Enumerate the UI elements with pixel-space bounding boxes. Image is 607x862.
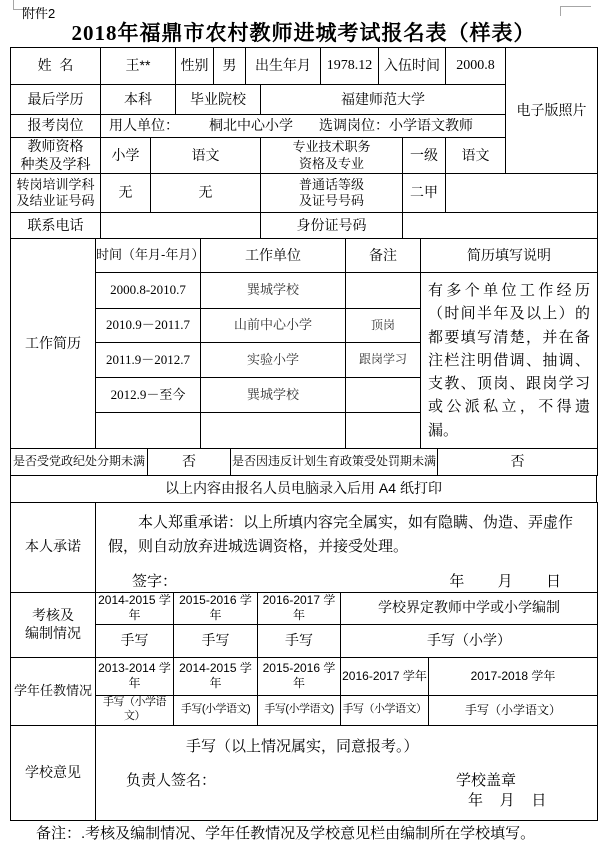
commitment-table: 本人承诺 本人郑重承诺：以上所填内容完全属实，如有隐瞒、伪造、弄虚作假，则自动放… bbox=[10, 502, 598, 593]
name-value: 王** bbox=[101, 48, 176, 85]
teaching-value: 手写（小学语文） bbox=[429, 695, 598, 725]
assessment-value: 手写（小学） bbox=[341, 624, 598, 657]
unit-value: 山前中心小学 bbox=[201, 308, 346, 342]
assessment-value: 手写 bbox=[174, 624, 258, 657]
form-page: 附件2 2018年福鼎市农村教师进城考试报名表（样表） 姓 名 王** 性别 男… bbox=[0, 0, 607, 862]
footnote: 备注：.考核及编制情况、学年任教情况及学校意见栏由编制所在学校填写。 bbox=[36, 822, 535, 843]
opinion-date-label: 年 月 日 bbox=[468, 792, 546, 811]
discipline-answer-2: 否 bbox=[438, 448, 598, 475]
principal-signature-label: 负责人签名： bbox=[126, 772, 216, 791]
period-value: 2012.9－至今 bbox=[96, 377, 201, 412]
teaching-table: 学年任教情况 2013-2014 学年 2014-2015 学年 2015-20… bbox=[10, 657, 598, 726]
degree-value: 本科 bbox=[101, 85, 176, 115]
teaching-header: 2017-2018 学年 bbox=[429, 657, 598, 695]
teaching-value: 手写（小学语文） bbox=[96, 695, 174, 725]
assessment-value: 手写 bbox=[258, 624, 341, 657]
enlist-label: 入伍时间 bbox=[379, 48, 446, 85]
period-value: 2000.8-2010.7 bbox=[96, 273, 201, 309]
id-label: 身份证号码 bbox=[261, 213, 403, 239]
discipline-answer-1: 否 bbox=[148, 448, 231, 475]
basic-info-table: 姓 名 王** 性别 男 出生年月 1978.12 入伍时间 2000.8 电子… bbox=[10, 47, 598, 239]
photo-placeholder: 电子版照片 bbox=[506, 48, 598, 174]
unit-value: 巽城学校 bbox=[201, 377, 346, 412]
unit-value: 实验小学 bbox=[201, 342, 346, 377]
mandarin-label: 普通话等级 及证号号码 bbox=[261, 174, 403, 213]
assessment-table: 考核及 编制情况 2014-2015 学年 2015-2016 学年 2016-… bbox=[10, 592, 598, 658]
work-history-row: 2000.8-2010.7 巽城学校 有多个单位工作经历（时间半年及以上）的都要… bbox=[11, 273, 598, 309]
col-header-guide: 简历填写说明 bbox=[421, 239, 598, 273]
enlist-value: 2000.8 bbox=[446, 48, 506, 85]
school-stamp-label: 学校盖章 bbox=[456, 772, 516, 791]
note-value: 跟岗学习 bbox=[346, 342, 421, 377]
employer-label: 用人单位： bbox=[109, 117, 179, 135]
teaching-header: 2014-2015 学年 bbox=[174, 657, 258, 695]
gender-label: 性别 bbox=[176, 48, 214, 85]
teaching-header: 2016-2017 学年 bbox=[341, 657, 429, 695]
phone-label: 联系电话 bbox=[11, 213, 101, 239]
assessment-header: 学校界定教师中学或小学编制 bbox=[341, 592, 598, 624]
employer-value: 桐北中心小学 bbox=[209, 117, 293, 135]
retrain-value-2: 无 bbox=[151, 174, 261, 213]
crop-mark-top-right bbox=[560, 6, 591, 16]
teaching-value: 手写(小学语文) bbox=[258, 695, 341, 725]
note-value bbox=[346, 412, 421, 448]
school-opinion-table: 学校意见 手写（以上情况属实，同意报考。） 负责人签名： 学校盖章 年 月 日 bbox=[10, 725, 598, 821]
print-note: 以上内容由报名人员电脑录入后用 A4 纸打印 bbox=[11, 475, 597, 502]
registration-form-table: 姓 名 王** 性别 男 出生年月 1978.12 入伍时间 2000.8 电子… bbox=[10, 47, 597, 821]
unit-value bbox=[201, 412, 346, 448]
degree-label: 最后学历 bbox=[11, 85, 101, 115]
period-value: 2011.9－2012.7 bbox=[96, 342, 201, 377]
cert-type-value: 小学 bbox=[101, 138, 151, 174]
work-history-table: 工作简历 时间（年月-年月） 工作单位 备注 简历填写说明 2000.8-201… bbox=[10, 238, 598, 449]
period-value bbox=[96, 412, 201, 448]
mandarin-cert-empty bbox=[446, 174, 598, 213]
discipline-question-2: 是否因违反计划生育政策受处罚期未满 bbox=[231, 448, 438, 475]
position-label: 报考岗位 bbox=[11, 115, 101, 138]
signature-label: 签字： bbox=[132, 573, 177, 592]
mandarin-value: 二甲 bbox=[403, 174, 446, 213]
id-value-empty bbox=[403, 213, 598, 239]
commitment-text: 本人郑重承诺：以上所填内容完全属实，如有隐瞒、伪造、弄虚作假，则自动放弃进城选调… bbox=[96, 503, 597, 559]
school-opinion-cell: 手写（以上情况属实，同意报考。） 负责人签名： 学校盖章 年 月 日 bbox=[96, 725, 598, 820]
birth-value: 1978.12 bbox=[321, 48, 379, 85]
col-header-note: 备注 bbox=[346, 239, 421, 273]
teaching-value: 手写（小学语文） bbox=[341, 695, 429, 725]
commitment-label: 本人承诺 bbox=[11, 502, 96, 592]
discipline-table: 是否受党政纪处分期未满 否 是否因违反计划生育政策受处罚期未满 否 bbox=[10, 448, 598, 476]
tech-subject-value: 语文 bbox=[446, 138, 506, 174]
phone-value-empty bbox=[101, 213, 261, 239]
retrain-value-1: 无 bbox=[101, 174, 151, 213]
school-opinion-label: 学校意见 bbox=[11, 725, 96, 820]
assessment-header: 2015-2016 学年 bbox=[174, 592, 258, 624]
name-label: 姓 名 bbox=[11, 48, 101, 85]
transfer-label: 选调岗位： bbox=[319, 117, 389, 135]
transfer-value: 小学语文教师 bbox=[389, 117, 473, 135]
college-value: 福建师范大学 bbox=[261, 85, 506, 115]
page-title: 2018年福鼎市农村教师进城考试报名表（样表） bbox=[0, 17, 607, 47]
col-header-period: 时间（年月-年月） bbox=[96, 239, 201, 273]
period-value: 2010.9－2011.7 bbox=[96, 308, 201, 342]
college-label: 毕业院校 bbox=[176, 85, 261, 115]
discipline-question-1: 是否受党政纪处分期未满 bbox=[11, 448, 148, 475]
tech-level-value: 一级 bbox=[403, 138, 446, 174]
teaching-label: 学年任教情况 bbox=[11, 657, 96, 725]
position-cell: 用人单位： 桐北中心小学 选调岗位： 小学语文教师 bbox=[101, 115, 506, 138]
teacher-cert-label: 教师资格 种类及学科 bbox=[11, 138, 101, 174]
retrain-label: 转岗培训学科 及结业证号码 bbox=[11, 174, 101, 213]
assessment-header: 2014-2015 学年 bbox=[96, 592, 174, 624]
gender-value: 男 bbox=[214, 48, 246, 85]
assessment-value: 手写 bbox=[96, 624, 174, 657]
note-value bbox=[346, 377, 421, 412]
teaching-header: 2013-2014 学年 bbox=[96, 657, 174, 695]
teaching-value: 手写(小学语文) bbox=[174, 695, 258, 725]
note-value bbox=[346, 273, 421, 309]
print-note-table: 以上内容由报名人员电脑录入后用 A4 纸打印 bbox=[10, 475, 597, 503]
date-label: 年 月 日 bbox=[449, 573, 561, 592]
note-value: 顶岗 bbox=[346, 308, 421, 342]
teaching-header: 2015-2016 学年 bbox=[258, 657, 341, 695]
birth-label: 出生年月 bbox=[246, 48, 321, 85]
assessment-header: 2016-2017 学年 bbox=[258, 592, 341, 624]
guide-text: 有多个单位工作经历（时间半年及以上）的都要填写清楚，并在备注栏注明借调、抽调、支… bbox=[421, 273, 598, 449]
cert-subject-value: 语文 bbox=[151, 138, 261, 174]
school-opinion-text: 手写（以上情况属实，同意报考。） bbox=[186, 738, 419, 757]
col-header-unit: 工作单位 bbox=[201, 239, 346, 273]
assessment-label: 考核及 编制情况 bbox=[11, 592, 96, 657]
unit-value: 巽城学校 bbox=[201, 273, 346, 309]
work-history-label: 工作简历 bbox=[11, 239, 96, 449]
tech-title-label: 专业技术职务 资格及专业 bbox=[261, 138, 403, 174]
commitment-cell: 本人郑重承诺：以上所填内容完全属实，如有隐瞒、伪造、弄虚作假，则自动放弃进城选调… bbox=[96, 502, 598, 592]
